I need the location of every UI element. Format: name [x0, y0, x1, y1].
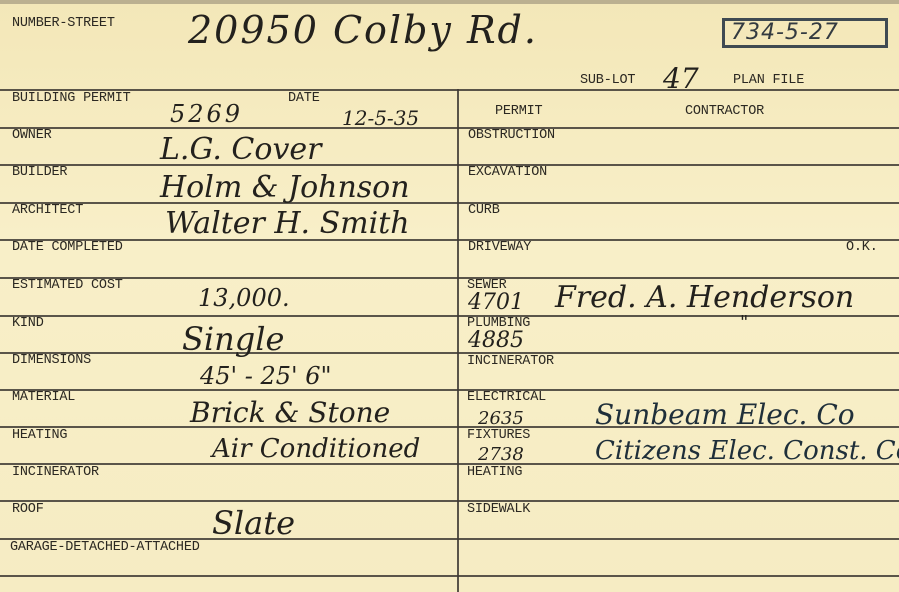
contractor-header: CONTRACTOR	[685, 104, 764, 119]
rule	[0, 352, 899, 354]
date-completed-label: DATE COMPLETED	[12, 240, 123, 255]
electrical-contractor: Sunbeam Elec. Co	[595, 398, 855, 431]
builder-label: BUILDER	[12, 165, 67, 180]
permit-card: NUMBER-STREET 20950 Colby Rd. 734-5-27 S…	[0, 0, 899, 592]
kind-label: KIND	[12, 316, 44, 331]
owner-label: OWNER	[12, 128, 52, 143]
fixtures-label: FIXTURES	[467, 428, 530, 443]
electrical-label: ELECTRICAL	[467, 390, 546, 405]
obstruction-label: OBSTRUCTION	[468, 128, 555, 143]
sewer-contractor: Fred. A. Henderson	[555, 280, 854, 315]
rule	[0, 500, 899, 502]
building-permit-number: 5269	[170, 100, 243, 128]
rule	[0, 389, 899, 391]
heating-label: HEATING	[12, 428, 67, 443]
sewer-permit-number: 4701	[468, 290, 524, 315]
plumbing-permit-number: 4885	[468, 328, 524, 353]
rule	[0, 164, 899, 166]
driveway-label: DRIVEWAY	[468, 240, 531, 255]
number-street-label: NUMBER-STREET	[12, 16, 115, 31]
plumbing-contractor-ditto: "	[740, 312, 748, 333]
heating-permit-label: HEATING	[467, 465, 522, 480]
curb-label: CURB	[468, 203, 500, 218]
permit-header: PERMIT	[495, 104, 542, 119]
architect-label: ARCHITECT	[12, 203, 83, 218]
heating-value: Air Conditioned	[212, 434, 420, 464]
kind-value: Single	[182, 320, 284, 358]
date-label: DATE	[288, 91, 320, 106]
dimensions-label: DIMENSIONS	[12, 353, 91, 368]
material-value: Brick & Stone	[190, 396, 390, 429]
incinerator-permit-label: INCINERATOR	[467, 354, 554, 369]
architect-value: Walter H. Smith	[165, 206, 410, 241]
rule	[0, 315, 899, 317]
incinerator-label: INCINERATOR	[12, 465, 99, 480]
card-top-edge	[0, 0, 899, 4]
sublot-label: SUB-LOT	[580, 73, 635, 88]
excavation-label: EXCAVATION	[468, 165, 547, 180]
electrical-permit-number: 2635	[478, 408, 524, 429]
fixtures-contractor: Citizens Elec. Const. Co	[595, 436, 899, 466]
rule	[0, 277, 899, 279]
file-number-stamp: 734-5-27	[722, 18, 888, 48]
owner-value: L.G. Cover	[160, 132, 321, 167]
driveway-note: O.K.	[846, 240, 878, 255]
permit-date: 12-5-35	[342, 106, 419, 130]
garage-label: GARAGE-DETACHED-ATTACHED	[10, 540, 200, 555]
rule	[0, 127, 899, 129]
column-divider	[457, 89, 459, 592]
estimated-cost-label: ESTIMATED COST	[12, 278, 123, 293]
material-label: MATERIAL	[12, 390, 75, 405]
dimensions-value: 45' - 25' 6"	[200, 362, 332, 390]
rule	[0, 202, 899, 204]
rule	[0, 89, 899, 91]
building-permit-label: BUILDING PERMIT	[12, 91, 131, 106]
estimated-cost-value: 13,000.	[198, 284, 290, 312]
sidewalk-label: SIDEWALK	[467, 502, 530, 517]
fixtures-permit-number: 2738	[478, 444, 524, 465]
roof-value: Slate	[212, 504, 295, 542]
number-street-value: 20950 Colby Rd.	[188, 8, 538, 52]
roof-label: ROOF	[12, 502, 44, 517]
plan-file-label: PLAN FILE	[733, 73, 804, 88]
rule	[0, 575, 899, 577]
rule	[0, 239, 899, 241]
builder-value: Holm & Johnson	[160, 170, 410, 205]
